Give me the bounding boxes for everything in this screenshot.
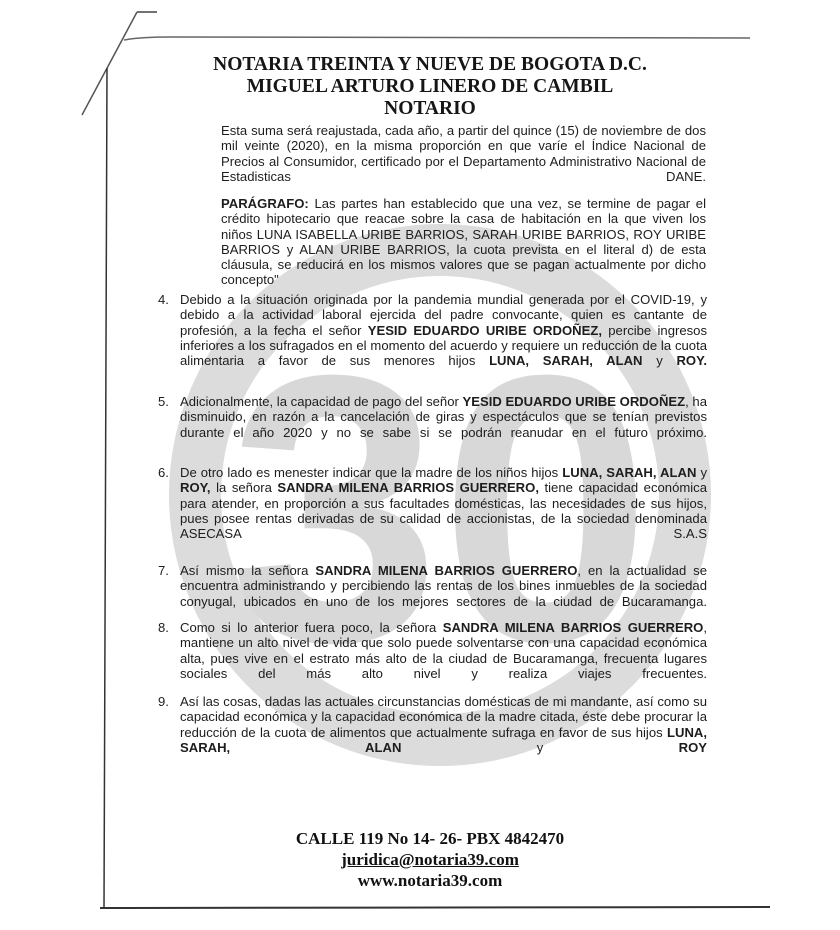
text-run: Así las cosas, dadas las actuales circun… (180, 694, 707, 740)
intro-paragraph: Esta suma será reajustada, cada año, a p… (221, 123, 706, 199)
bold-text: SANDRA MILENA BARRIOS GUERRERO, (277, 480, 539, 495)
bold-text: YESID EDUARDO URIBE ORDOÑEZ (463, 394, 686, 409)
item-number: 4. (158, 292, 180, 307)
item-text: Así mismo la señora SANDRA MILENA BARRIO… (180, 563, 707, 624)
bold-text: LUNA, SARAH, ALAN (489, 353, 642, 368)
letterhead: NOTARIA TREINTA Y NUEVE DE BOGOTA D.C. M… (150, 54, 710, 120)
text-run: y (696, 465, 707, 480)
item-number: 7. (158, 563, 180, 578)
text-run: De otro lado es menester indicar que la … (180, 465, 562, 480)
item-number: 5. (158, 394, 180, 409)
footer-address: CALLE 119 No 14- 26- PBX 4842470 (220, 828, 640, 849)
footer-email-link[interactable]: juridica@notaria39.com (220, 849, 640, 870)
item-number: 9. (158, 694, 180, 709)
notary-title: NOTARIO (150, 98, 710, 120)
bold-text: SANDRA MILENA BARRIOS GUERRERO (315, 563, 577, 578)
bold-text: LUNA, SARAH, ALAN (562, 465, 696, 480)
paragrafo-paragraph: PARÁGRAFO: Las partes han establecido qu… (221, 196, 706, 303)
text-run: y (401, 740, 678, 755)
item-text: Adicionalmente, la capacidad de pago del… (180, 394, 707, 455)
item-text: De otro lado es menester indicar que la … (180, 465, 707, 557)
paragrafo-label: PARÁGRAFO: (221, 196, 309, 211)
footer-website-link[interactable]: www.notaria39.com (220, 870, 640, 891)
item-text: Como si lo anterior fuera poco, la señor… (180, 620, 707, 696)
item-number: 8. (158, 620, 180, 635)
text-run: la señora (211, 480, 278, 495)
text-run: y (643, 353, 677, 368)
bold-text: ROY, (180, 480, 211, 495)
footer-contact: CALLE 119 No 14- 26- PBX 4842470 juridic… (220, 828, 640, 891)
text-run: Así mismo la señora (180, 563, 315, 578)
bold-text: ROY (679, 740, 707, 755)
text-run: Como si lo anterior fuera poco, la señor… (180, 620, 443, 635)
bold-text: SANDRA MILENA BARRIOS GUERRERO (443, 620, 704, 635)
bold-text: YESID EDUARDO URIBE ORDOÑEZ, (368, 323, 602, 338)
item-text: Así las cosas, dadas las actuales circun… (180, 694, 707, 770)
notary-person: MIGUEL ARTURO LINERO DE CAMBIL (150, 76, 710, 98)
notary-name: NOTARIA TREINTA Y NUEVE DE BOGOTA D.C. (150, 54, 710, 76)
item-number: 6. (158, 465, 180, 480)
item-text: Debido a la situación originada por la p… (180, 292, 707, 384)
bold-text: ROY. (676, 353, 707, 368)
text-run: Adicionalmente, la capacidad de pago del… (180, 394, 463, 409)
